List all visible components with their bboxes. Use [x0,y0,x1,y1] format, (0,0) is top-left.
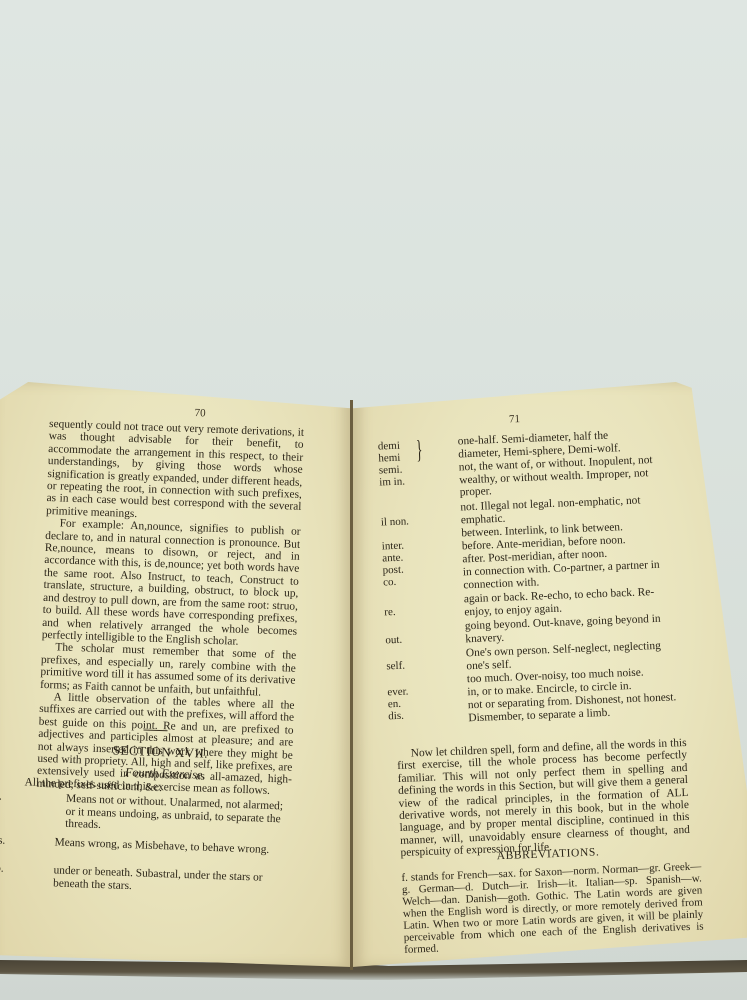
open-book-photo: 70 sequently could not trace out very re… [0,0,747,1000]
prefix-definition: under or beneath. Subastral, under the s… [53,864,284,897]
abbreviations-title: ABBREVIATIONS. [497,846,600,862]
prefix-label: post. [382,564,404,577]
prefix-label: dis. [388,710,404,723]
paragraph: sequently could not trace out very remot… [46,418,304,526]
prefix-definition: not, the want of, or without. Inopulent,… [459,454,660,499]
page-number: 71 [509,413,520,425]
book-gutter [350,400,353,970]
prefix-label: ante. [382,552,404,565]
prefix-label: un. [0,790,2,802]
section-title: SECTION XVII. [113,742,209,761]
paragraph: The scholar must remember that some of t… [40,641,297,699]
prefix-label: demi hemi semi. [378,440,403,477]
prefix-definition: Means wrong, as Misbehave, to behave wro… [54,836,284,857]
brace-icon: } [416,437,423,463]
prefix-label: inter. [382,540,405,553]
prefix-label: mis. [0,834,5,847]
prefix-label: self. [386,660,405,673]
page-number: 70 [194,407,205,419]
prefix-label: ever. [387,686,409,699]
prefix-label: im in. [379,476,405,489]
prefix-label: il non. [381,515,410,528]
right-page-content: 71 demi hemi semi. } one-half. Semi-diam… [392,409,747,942]
prefix-label: en. [388,698,402,710]
paragraph: For example: An,nounce, signifies to pub… [42,517,301,650]
abbreviations-text: f. stands for French—sax. for Saxon—norm… [401,860,704,955]
prefix-label: sub. [0,862,4,875]
prefix-definition: Means not or without. Unalarmed, not ala… [65,793,286,838]
paragraph: Now let children spell, form and define,… [397,737,691,860]
left-page-content: 70 sequently could not trace out very re… [30,400,349,970]
prefix-label: co. [383,576,397,588]
prefix-label: out. [385,634,402,647]
right-body-text: Now let children spell, form and define,… [397,737,691,860]
prefix-label: re. [384,606,396,618]
left-body-text: sequently could not trace out very remot… [36,418,304,799]
